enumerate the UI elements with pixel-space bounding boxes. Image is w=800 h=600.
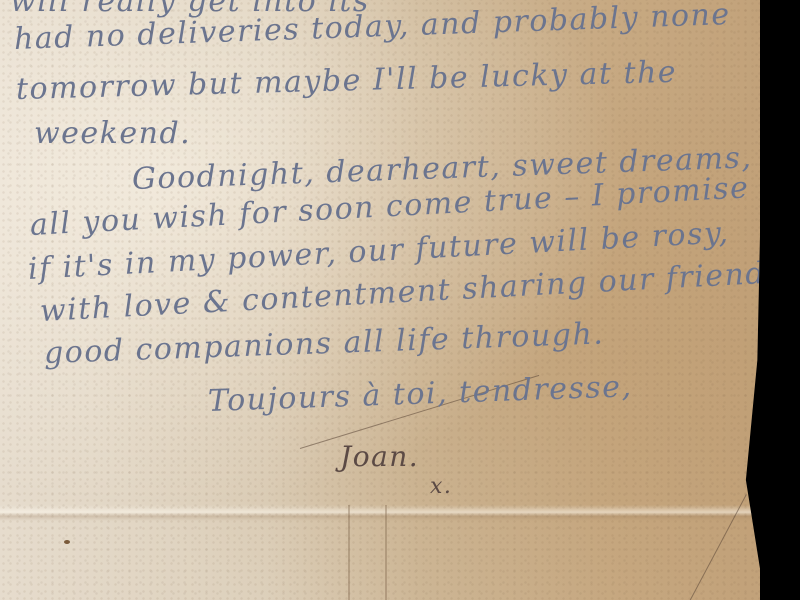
horizontal-fold-crease [0, 505, 765, 521]
ink-spot [64, 540, 70, 544]
letter-paper: will really get into its had no deliveri… [0, 0, 765, 600]
letter-line: Goodnight, dearheart, sweet dreams, may [131, 138, 800, 197]
letter-line: had no deliveries today, and probably no… [13, 0, 731, 57]
letter-signature: Joan. [340, 440, 419, 473]
letter-kiss: x. [430, 474, 452, 499]
letter-line: weekend. [34, 116, 191, 151]
letter-line: tomorrow but maybe I'll be lucky at the [16, 55, 678, 107]
diagonal-pen-stroke [300, 375, 539, 449]
letter-closing: Toujours à toi, tendresse, [207, 369, 633, 419]
letter-line: all you wish for soon come true – I prom… [29, 170, 750, 243]
letter-line: good companions all life through. [43, 316, 604, 371]
letter-line: with love & contentment sharing our frie… [39, 255, 795, 329]
letter-line: will really get into its [10, 0, 370, 19]
vertical-fold-crease [348, 505, 350, 600]
dark-background-edge [760, 0, 800, 600]
letter-line: if it's in my power, our future will be … [27, 215, 730, 287]
corner-crease [690, 494, 747, 600]
vertical-fold-crease [385, 505, 387, 600]
